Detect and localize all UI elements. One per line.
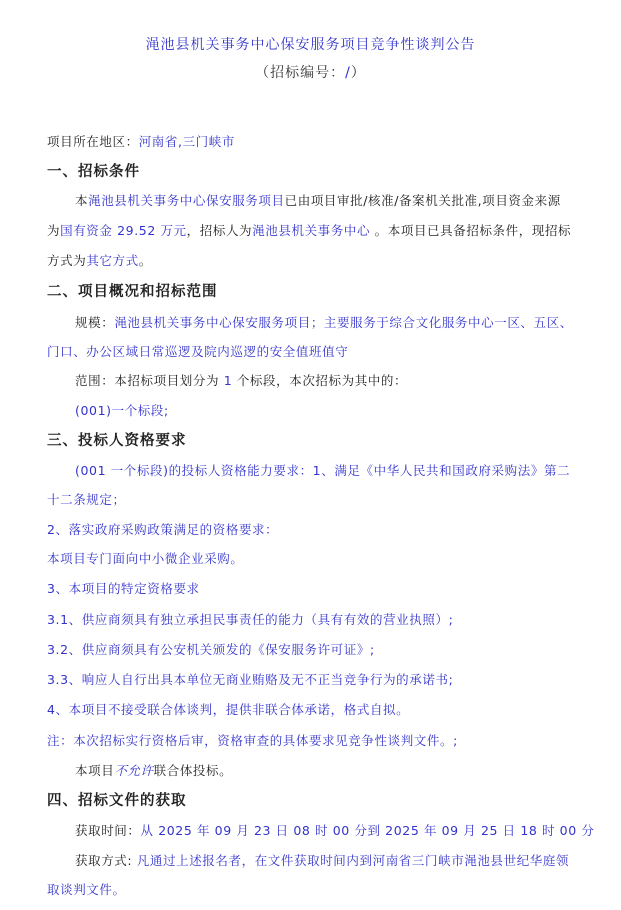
section1-para-line1: 本渑池县机关事务中心保安服务项目已由项目审批/核准/备案机关批准,项目资金来源 [75, 193, 561, 209]
text: 为 [47, 223, 60, 238]
scope-line: 范围：本招标项目划分为 1 个标段，本次招标为其中的： [75, 373, 407, 389]
req3: 3、本项目的特定资格要求 [47, 581, 200, 597]
time-value: 从 2025 年 09 月 23 日 08 时 00 分到 2025 年 09 … [141, 823, 595, 838]
text: 。 [139, 253, 152, 268]
subtitle-prefix: （招标编号： [255, 65, 345, 81]
req2: 2、落实政府采购政策满足的资格要求： [47, 522, 278, 538]
section4-heading: 四、招标文件的获取 [47, 792, 187, 810]
acquire-method-line2: 取谈判文件。 [47, 882, 126, 898]
text: 方式为 [47, 253, 86, 268]
note: 注：本次招标实行资格后审，资格审查的具体要求见竞争性谈判文件。; [47, 733, 458, 749]
text: 本 [75, 193, 88, 208]
section2-heading: 二、项目概况和招标范围 [47, 283, 218, 301]
lot-count: 1 [224, 373, 233, 388]
text: 。本项目已具备招标条件，现招标 [370, 223, 571, 238]
req2-detail: 本项目专门面向中小微企业采购。 [47, 551, 244, 567]
scale-line1: 规模：渑池县机关事务中心保安服务项目；主要服务于综合文化服务中心一区、五区、 [75, 315, 573, 331]
consortium-line: 本项目不允许联合体投标。 [75, 763, 232, 779]
region-value: 河南省,三门峡市 [139, 134, 235, 149]
text: 已由项目审批/核准/备案机关批准,项目资金来源 [285, 193, 561, 208]
region-label: 项目所在地区： [47, 134, 139, 149]
text: 个标段，本次招标为其中的： [232, 373, 407, 388]
tender-method: 其它方式 [86, 253, 138, 268]
section1-heading: 一、招标条件 [47, 163, 140, 181]
req3-1: 3.1、供应商须具有独立承担民事责任的能力（具有有效的营业执照）; [47, 612, 453, 628]
text: ，招标人为 [187, 223, 253, 238]
subtitle-suffix: ） [351, 65, 366, 81]
method-label: 获取方式: [75, 853, 132, 868]
fund-source: 国有资金 29.52 万元 [60, 223, 187, 238]
project-name: 渑池县机关事务中心保安服务项目 [88, 193, 285, 208]
req3-2: 3.2、供应商须具有公安机关颁发的《保安服务许可证》; [47, 642, 375, 658]
req-line1: (001 一个标段)的投标人资格能力要求：1、满足《中华人民共和国政府采购法》第… [75, 463, 570, 479]
scale-label: 规模： [75, 315, 114, 330]
notice-subtitle: （招标编号：/） [0, 64, 621, 82]
req4: 4、本项目不接受联合体谈判，提供非联合体承诺，格式自拟。 [47, 702, 409, 718]
section3-heading: 三、投标人资格要求 [47, 432, 187, 450]
acquire-time: 获取时间：从 2025 年 09 月 23 日 08 时 00 分到 2025 … [75, 823, 594, 839]
section1-para-line3: 方式为其它方式。 [47, 253, 152, 269]
consortium-status: 不允许 [114, 763, 153, 778]
time-label: 获取时间： [75, 823, 141, 838]
req3-3: 3.3、响应人自行出具本单位无商业贿赂及无不正当竞争行为的承诺书; [47, 672, 453, 688]
tenderer-name: 渑池县机关事务中心 [252, 223, 370, 238]
acquire-method: 获取方式: 凡通过上述报名者，在文件获取时间内到河南省三门峡市渑池县世纪华庭领 [75, 853, 569, 869]
notice-title: 渑池县机关事务中心保安服务项目竞争性谈判公告 [0, 36, 621, 54]
text: 本项目 [75, 763, 114, 778]
scale-value: 渑池县机关事务中心保安服务项目；主要服务于综合文化服务中心一区、五区、 [114, 315, 573, 330]
scale-line2: 门口、办公区域日常巡逻及院内巡逻的安全值班值守 [47, 344, 348, 360]
req-line2: 十二条规定； [47, 492, 126, 508]
lot-item: (001)一个标段; [75, 403, 169, 419]
text: 联合体投标。 [154, 763, 233, 778]
method-value: 凡通过上述报名者，在文件获取时间内到河南省三门峡市渑池县世纪华庭领 [132, 853, 569, 868]
project-region: 项目所在地区：河南省,三门峡市 [47, 134, 235, 150]
section1-para-line2: 为国有资金 29.52 万元，招标人为渑池县机关事务中心 。本项目已具备招标条件… [47, 223, 571, 239]
text: 范围：本招标项目划分为 [75, 373, 224, 388]
